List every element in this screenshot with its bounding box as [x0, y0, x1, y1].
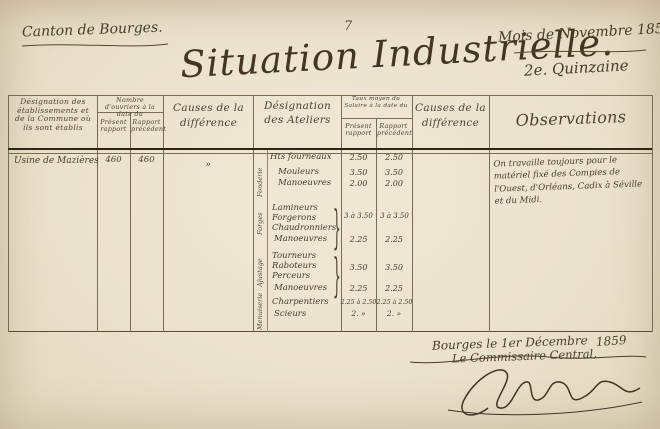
- atelier-name: Perceurs: [272, 272, 310, 282]
- salaire-precedent: 2.50: [376, 153, 412, 162]
- salaire-present: 2.00: [341, 179, 376, 188]
- group-label-ajustage: Ajustage: [256, 252, 264, 294]
- salaire-present: 2.50: [341, 153, 376, 162]
- causes-ouvriers-value: »: [163, 160, 253, 170]
- atelier-name: Scieurs: [274, 310, 306, 320]
- col-header-observations: Observations: [492, 107, 651, 131]
- salaire-precedent: 2.25: [376, 235, 412, 244]
- salaire-precedent: 3 à 3.50: [376, 212, 413, 220]
- month-underline: [512, 48, 648, 56]
- atelier-name: Manoeuvres: [274, 235, 327, 245]
- col-header-etablissements: Désignation des établissements et de la …: [11, 98, 95, 133]
- salaire-precedent: 3.50: [376, 263, 412, 272]
- col-header-ateliers: Désignation des Ateliers: [256, 99, 339, 127]
- col-subheader-ouvriers-precedent: Rapport précédent: [131, 119, 162, 133]
- atelier-name: Manoeuvres: [278, 179, 331, 189]
- ouvriers-present-value: 460: [97, 156, 130, 166]
- page-mark: 7: [344, 20, 352, 35]
- col-header-ouvriers: Nombre d'ouvriers à la date du: [98, 97, 162, 119]
- salaire-precedent: 2.25 à 2.50: [376, 299, 413, 306]
- col-header-causes-salaire: Causes de la différence: [414, 101, 487, 130]
- scanned-document: Canton de Bourges. 7 Situation Industrie…: [0, 0, 660, 429]
- salaire-present: 3.50: [341, 263, 376, 272]
- group-label-forges: Forges: [256, 204, 264, 244]
- atelier-name: Hts fourneaux: [270, 153, 332, 163]
- canton-line: Canton de Bourges.: [22, 20, 163, 41]
- group-brace: }: [333, 203, 341, 256]
- col-header-salaire: Taux moyen du Salaire à la date du: [342, 96, 410, 109]
- group-label-menuiserie: Menuiserie: [256, 294, 264, 330]
- salaire-present: 3 à 3.50: [340, 212, 377, 220]
- quinzaine-line: 2e. Quinzaine: [524, 57, 629, 80]
- signature-flourish: [428, 358, 648, 420]
- salaire-precedent: 2.00: [376, 179, 412, 188]
- salaire-precedent: 2. »: [376, 310, 412, 319]
- canton-underline: [20, 40, 170, 50]
- col-header-causes-ouvriers: Causes de la différence: [166, 101, 251, 130]
- col-subheader-salaire-present: Présent rapport: [342, 123, 375, 137]
- atelier-name: Charpentiers: [272, 298, 329, 308]
- atelier-name: Manoeuvres: [274, 284, 327, 294]
- atelier-name: Chaudronniers: [272, 224, 336, 234]
- salaire-present: 2.25 à 2.50: [340, 299, 377, 306]
- salaire-present: 2.25: [341, 284, 376, 293]
- salaire-present: 2. »: [341, 310, 376, 319]
- group-brace: }: [333, 251, 341, 304]
- group-label-fonderie: Fonderie: [256, 162, 264, 202]
- ouvriers-precedent-value: 460: [130, 156, 163, 166]
- atelier-name: Mouleurs: [278, 168, 319, 178]
- salaire-present: 2.25: [341, 235, 376, 244]
- salaire-precedent: 2.25: [376, 284, 412, 293]
- etablissement-name: Usine de Mazières: [14, 156, 99, 166]
- salaire-present: 3.50: [341, 168, 376, 177]
- observations-text: On travaille toujours pour le matériel f…: [493, 153, 647, 208]
- col-subheader-ouvriers-present: Présent rapport: [98, 119, 129, 133]
- col-subheader-salaire-precedent: Rapport précédent: [377, 123, 410, 137]
- salaire-precedent: 3.50: [376, 168, 412, 177]
